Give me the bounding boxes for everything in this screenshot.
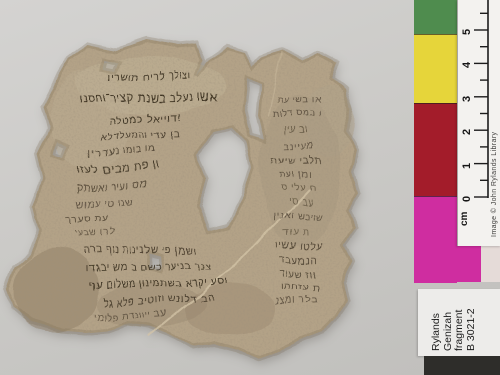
shelfmark-text: Rylands Genizah fragment B 3021-2: [431, 308, 477, 351]
script-line: ומן ועת: [279, 167, 312, 179]
script-line: ושמן פי שלנינות נוף ברה: [82, 244, 198, 258]
script-line: עב סי: [287, 196, 313, 207]
color-patch-green: [414, 0, 457, 34]
script-line: ת עוד: [283, 226, 309, 238]
script-line: לרו שבעי: [74, 228, 117, 241]
script-line: עת סערך: [66, 212, 109, 224]
ruler-number: 3: [462, 96, 473, 102]
script-line: או בשי עת: [277, 95, 323, 107]
script-line: בן עדי והמעלדלא: [99, 128, 180, 141]
photo-stage: וצולך לריח תושריואשו נעלב בשנת קציר־וחסנ…: [0, 0, 500, 375]
script-line: בלר ומצנ: [274, 294, 317, 307]
color-patch-magenta: [414, 196, 457, 283]
ruler-number: 1: [462, 162, 473, 168]
color-patch-pale-pink: [481, 246, 500, 282]
color-patch-magenta-extension: [457, 246, 481, 282]
script-line: מעיינב: [285, 140, 315, 152]
script-line: עלטו עשיו: [276, 239, 323, 252]
ruler-number: 4: [462, 62, 473, 68]
script-line: דוייאל כמטלה!: [108, 110, 183, 126]
script-line: שנו טי עמוש: [76, 196, 134, 208]
script-line: מו בומו נעדרין: [88, 145, 155, 158]
script-line: צנך בניער כשם ב מש יבגדו: [85, 261, 212, 274]
script-line: ו במס דלות: [272, 109, 324, 122]
shelfmark-line: Rylands: [431, 308, 443, 351]
shelfmark-label: Rylands Genizah fragment B 3021-2: [418, 289, 500, 356]
ruler-number: 2: [462, 129, 473, 135]
color-patch-red: [414, 103, 457, 197]
ruler-number: 5: [462, 29, 473, 35]
ruler-number: 0: [462, 196, 473, 202]
script-line: ח עלי ס: [280, 181, 315, 194]
script-line: הנמעבד: [281, 254, 319, 266]
shelfmark-line: B 3021-2: [466, 308, 478, 351]
shelfmark-line: fragment: [454, 308, 466, 351]
copyright-text: Image © John Rylands Library: [491, 132, 498, 237]
script-line: ווז שעוד: [279, 267, 317, 279]
script-line: וסע יקרא בשתמינון משלום עף: [87, 277, 228, 291]
color-patch-dark-grey: [424, 356, 500, 375]
script-line: שויבש ואנין: [273, 211, 324, 223]
script-line: תלבי שיעת: [273, 153, 322, 166]
ruler-unit-label: cm: [460, 212, 470, 226]
script-line: ת עזחתו: [280, 282, 319, 294]
script-line: אשו נעלב בשנת קציר־וחסנו: [78, 90, 218, 105]
script-line: וב עין: [283, 125, 308, 137]
color-patch-yellow: [414, 34, 457, 104]
